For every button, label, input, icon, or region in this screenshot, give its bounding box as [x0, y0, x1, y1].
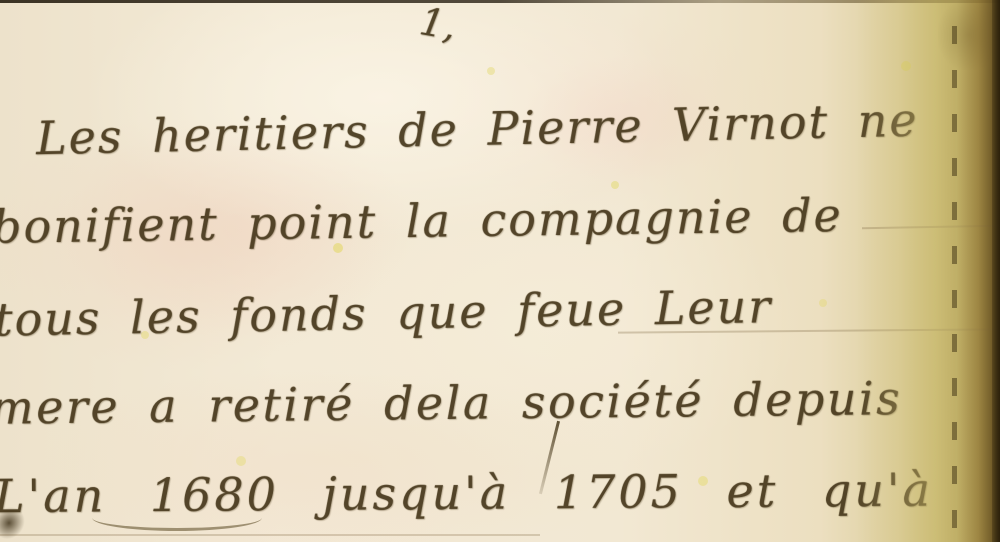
page-top-edge-shadow [0, 0, 1000, 3]
manuscript-page: 1, Les heritiers de Pierre Virnot ne bon… [0, 0, 1000, 542]
page-number: 1, [416, 0, 459, 49]
manuscript-line-4: mere a retiré dela société depuis [0, 371, 903, 435]
binding-stitch-line [952, 0, 957, 542]
underline-stroke [92, 514, 262, 531]
page-right-edge [992, 0, 1000, 542]
paper-flecks [0, 0, 6, 6]
manuscript-line-2: bonifient point la compagnie de [0, 188, 843, 254]
ruled-line [0, 534, 540, 536]
binding-gutter [856, 0, 1000, 542]
manuscript-line-1: Les heritiers de Pierre Virnot ne [36, 93, 920, 165]
manuscript-line-3: tous les fonds que feue Leur [0, 279, 773, 347]
